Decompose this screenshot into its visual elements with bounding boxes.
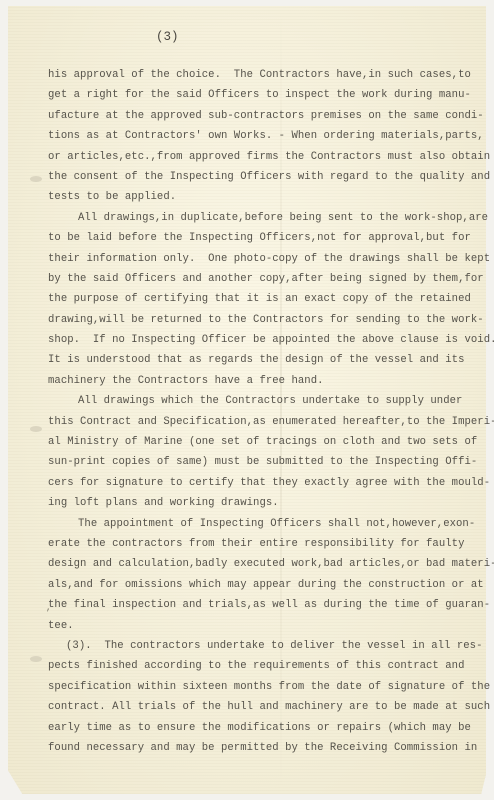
document-body: his approval of the choice. The Contract… bbox=[48, 65, 478, 758]
text-line: cers for signature to certify that they … bbox=[48, 473, 478, 493]
text-line: shop. If no Inspecting Officer be appoin… bbox=[48, 330, 478, 350]
text-line: All drawings which the Contractors under… bbox=[48, 391, 478, 411]
text-line: als,and for omissions which may appear d… bbox=[48, 575, 478, 595]
paragraph-section-3: (3). The contractors undertake to delive… bbox=[48, 636, 478, 758]
punch-hole bbox=[30, 176, 42, 182]
text-line: or articles,etc.,from approved firms the… bbox=[48, 147, 478, 167]
text-line: design and calculation,badly executed wo… bbox=[48, 554, 478, 574]
text-line: (3). The contractors undertake to delive… bbox=[48, 636, 478, 656]
paragraph: All drawings,in duplicate,before being s… bbox=[48, 208, 478, 392]
paragraph: his approval of the choice. The Contract… bbox=[48, 65, 478, 208]
page-number: (3) bbox=[156, 30, 179, 44]
text-line: The appointment of Inspecting Officers s… bbox=[48, 514, 478, 534]
text-line: All drawings,in duplicate,before being s… bbox=[48, 208, 478, 228]
punch-hole bbox=[30, 656, 42, 662]
text-line: the consent of the Inspecting Officers w… bbox=[48, 167, 478, 187]
text-line: to be laid before the Inspecting Officer… bbox=[48, 228, 478, 248]
text-line: al Ministry of Marine (one set of tracin… bbox=[48, 432, 478, 452]
text-line: It is understood that as regards the des… bbox=[48, 350, 478, 370]
text-line: the purpose of certifying that it is an … bbox=[48, 289, 478, 309]
paragraph: The appointment of Inspecting Officers s… bbox=[48, 514, 478, 636]
text-line: machinery the Contractors have a free ha… bbox=[48, 371, 478, 391]
text-line: tests to be applied. bbox=[48, 187, 478, 207]
text-line: get a right for the said Officers to ins… bbox=[48, 85, 478, 105]
text-line: their information only. One photo-copy o… bbox=[48, 249, 478, 269]
text-line: this Contract and Specification,as enume… bbox=[48, 412, 478, 432]
text-line: tions as at Contractors' own Works. - Wh… bbox=[48, 126, 478, 146]
text-line: specification within sixteen months from… bbox=[48, 677, 478, 697]
text-line: tee. bbox=[48, 616, 478, 636]
text-line: contract. All trials of the hull and mac… bbox=[48, 697, 478, 717]
text-line: drawing,will be returned to the Contract… bbox=[48, 310, 478, 330]
text-line: ufacture at the approved sub-contractors… bbox=[48, 106, 478, 126]
text-line: by the said Officers and another copy,af… bbox=[48, 269, 478, 289]
punch-hole bbox=[30, 426, 42, 432]
text-line: ing loft plans and working drawings. bbox=[48, 493, 478, 513]
text-line: his approval of the choice. The Contract… bbox=[48, 65, 478, 85]
text-line: pects finished according to the requirem… bbox=[48, 656, 478, 676]
text-line: erate the contractors from their entire … bbox=[48, 534, 478, 554]
text-line: found necessary and may be permitted by … bbox=[48, 738, 478, 758]
text-line: early time as to ensure the modification… bbox=[48, 718, 478, 738]
paragraph: All drawings which the Contractors under… bbox=[48, 391, 478, 513]
text-line: sun-print copies of same) must be submit… bbox=[48, 452, 478, 472]
punch-holes bbox=[30, 16, 44, 796]
text-line: the final inspection and trials,as well … bbox=[48, 595, 478, 615]
margin-mark: , bbox=[46, 603, 51, 613]
